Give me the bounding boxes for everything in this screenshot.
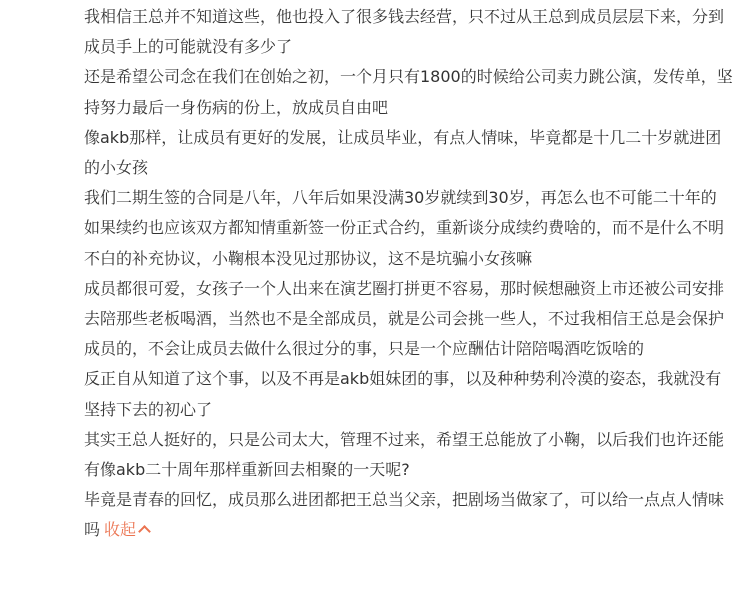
comment-paragraph-text: 毕竟是青春的回忆，成员那么进团都把王总当父亲，把剧场当做家了，可以给一点点人情味…	[84, 490, 724, 539]
collapse-label: 收起	[104, 520, 136, 539]
comment-paragraph: 如果续约也应该双方都知情重新签一份正式合约，重新谈分成续约费啥的，而不是什么不明…	[84, 213, 736, 273]
comment-body: 我相信王总并不知道这些，他也投入了很多钱去经营，只不过从王总到成员层层下来，分到…	[84, 2, 736, 546]
comment-paragraph: 成员都很可爱，女孩子一个人出来在演艺圈打拼更不容易，那时候想融资上市还被公司安排…	[84, 274, 736, 365]
comment-paragraph-last: 毕竟是青春的回忆，成员那么进团都把王总当父亲，把剧场当做家了，可以给一点点人情味…	[84, 485, 736, 545]
comment-paragraph: 还是希望公司念在我们在创始之初，一个月只有1800的时候给公司卖力跳公演，发传单…	[84, 62, 736, 122]
chevron-up-icon	[138, 526, 151, 539]
comment-paragraph: 其实王总人挺好的，只是公司太大，管理不过来，希望王总能放了小鞠，以后我们也许还能…	[84, 425, 736, 485]
comment-paragraph: 反正自从知道了这个事，以及不再是akb姐妹团的事，以及种种势利冷漠的姿态，我就没…	[84, 364, 736, 424]
comment-paragraph: 我们二期生签的合同是八年，八年后如果没满30岁就续到30岁，再怎么也不可能二十年…	[84, 183, 736, 213]
comment-paragraph: 像akb那样，让成员有更好的发展，让成员毕业，有点人情味，毕竟都是十几二十岁就进…	[84, 123, 736, 183]
comment-paragraph: 我相信王总并不知道这些，他也投入了很多钱去经营，只不过从王总到成员层层下来，分到…	[84, 2, 736, 62]
collapse-link[interactable]: 收起	[104, 520, 149, 539]
